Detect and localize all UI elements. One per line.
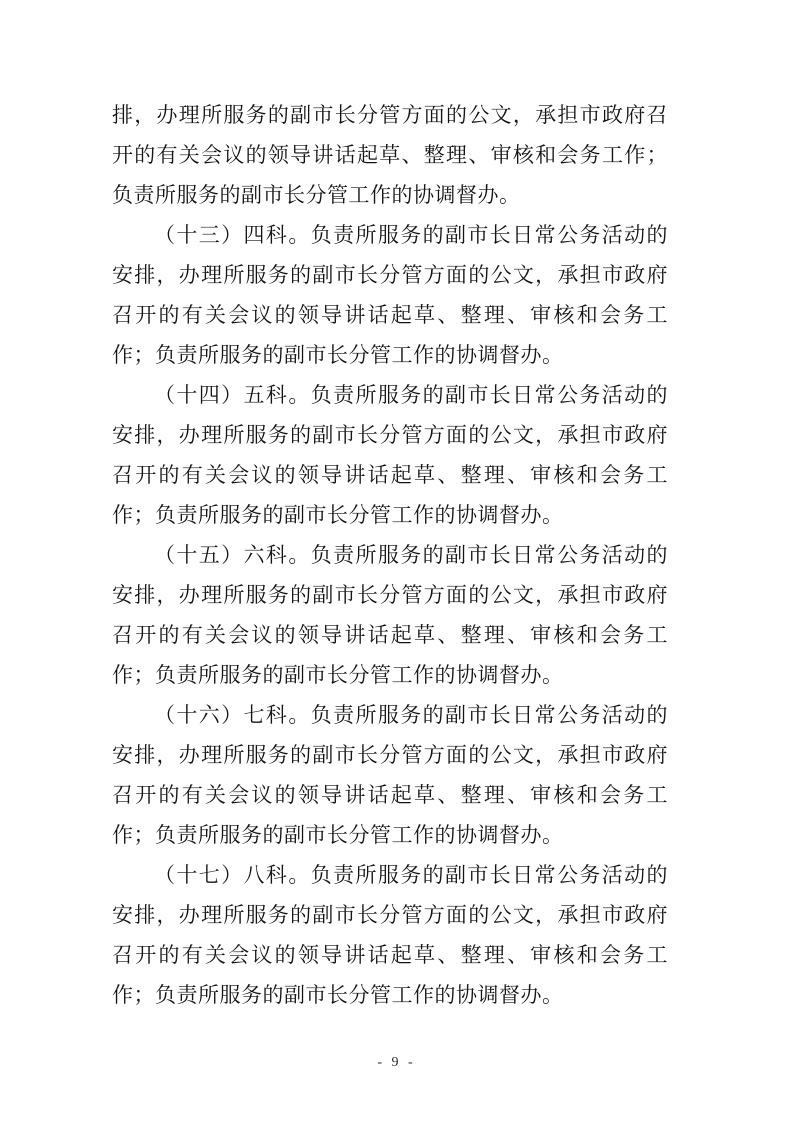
paragraph-item-16: （十六）七科。负责所服务的副市长日常公务活动的安排，办理所服务的副市长分管方面的… xyxy=(112,695,668,855)
paragraph-item-15: （十五）六科。负责所服务的副市长日常公务活动的安排，办理所服务的副市长分管方面的… xyxy=(112,535,668,695)
page-number: - 9 - xyxy=(377,1055,415,1071)
paragraph-item-17: （十七）八科。负责所服务的副市长日常公务活动的安排，办理所服务的副市长分管方面的… xyxy=(112,855,668,1015)
page-footer: - 9 - xyxy=(0,1053,793,1071)
document-page: 排，办理所服务的副市长分管方面的公文，承担市政府召开的有关会议的领导讲话起草、整… xyxy=(0,0,793,1122)
paragraph-continuation: 排，办理所服务的副市长分管方面的公文，承担市政府召开的有关会议的领导讲话起草、整… xyxy=(112,95,668,215)
paragraph-item-14: （十四）五科。负责所服务的副市长日常公务活动的安排，办理所服务的副市长分管方面的… xyxy=(112,375,668,535)
paragraph-item-13: （十三）四科。负责所服务的副市长日常公务活动的安排，办理所服务的副市长分管方面的… xyxy=(112,215,668,375)
document-body: 排，办理所服务的副市长分管方面的公文，承担市政府召开的有关会议的领导讲话起草、整… xyxy=(112,95,668,1015)
